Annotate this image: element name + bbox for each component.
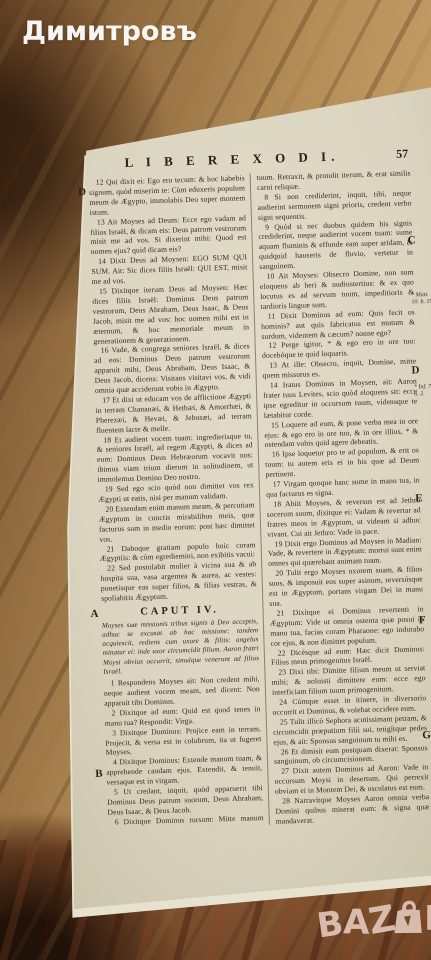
verse-paragraph: 19 Dixit ergo Dominus ad Moysen in Madia… [267, 535, 422, 569]
verse-paragraph: 20 Extendam enim manum meam, & percutiam… [98, 500, 255, 544]
verse-paragraph: 8 Si non crediderint, inquit, tibi, nequ… [257, 188, 412, 222]
right-column: tuum. Retraxit, & protulit iterum, & era… [250, 168, 430, 824]
logo-letter: R [424, 902, 431, 936]
margin-letter: C [407, 234, 415, 246]
verse-paragraph: 1 Respondens Moyses ait: Non credent mih… [104, 674, 261, 708]
shopping-bag-icon [391, 897, 427, 939]
bazar-logo: B A Z R [316, 896, 431, 943]
verse-paragraph: 15 Loquere ad eum, & pone verba mea in o… [264, 416, 419, 450]
verse-paragraph: 16 Vade, & congrega seniores Israël, & d… [94, 342, 251, 396]
verse-paragraph: 16 Ipse loquetur pro te ad populum, & er… [265, 446, 420, 480]
margin-note-line: * Inf. 7. [414, 384, 431, 391]
verse-paragraph: 12 Qui dixit ei: Ego ero tecum: & hoc ha… [89, 173, 246, 217]
verse-paragraph: 13 Ait Moyses ad Deum: Ecce ego vadam ad… [90, 213, 247, 257]
verse-paragraph: 21 Dixítque ei Dominus revertenti in Ægy… [270, 604, 425, 648]
page-number: 57 [396, 147, 408, 162]
verse-paragraph: 18 Abiit Moyses, & reversus est ad Jethr… [266, 495, 421, 539]
verse-paragraph: CAPUT IV. [101, 604, 257, 619]
margin-letter: D [411, 364, 419, 376]
verse-paragraph: 9 Quòd si nec duobus quidem his signis c… [258, 218, 413, 272]
margin-note: * Inf. 7. a. 2. [414, 383, 431, 398]
verse-paragraph: 18 Et audient vocem tuam: ingredierisque… [96, 431, 253, 485]
margin-letter: E [415, 492, 423, 504]
seller-watermark: Димитровъ [22, 16, 197, 47]
text-columns: 12 Qui dixit ei: Ego ero tecum: & hoc ha… [89, 168, 430, 829]
verse-paragraph: 14 Dixit Deus ad Moysen: EGO SUM QUI SUM… [91, 253, 248, 287]
margin-note-line: a. 2. [414, 391, 425, 397]
margin-letter: D [78, 186, 86, 198]
verse-paragraph: 25 Tulit illicò Sephora acutissimam petr… [273, 713, 428, 747]
verse-paragraph: 27 Dixit autem Dominus ad Aaron: Vade in… [274, 763, 429, 797]
logo-letter: A [343, 905, 370, 939]
logo-letter: B [315, 906, 345, 943]
verse-paragraph: 11 Dixit Dominus ad eum: Quis fecit os h… [261, 307, 416, 341]
margin-letter: A [90, 608, 98, 620]
margin-letter: G [422, 729, 431, 741]
margin-letter: B [95, 768, 103, 780]
verse-paragraph: 20 Tulit ergo Moyses uxorem suam, & fili… [268, 565, 423, 609]
verse-paragraph: 3 Dixitque Dominus: Projice eam in terra… [105, 724, 262, 758]
verse-paragraph: 10 Ait Moyses: Obsecro Domine, non sum e… [260, 267, 415, 311]
verse-paragraph: 22 Sed postulabit mulier à vicina sua & … [100, 560, 257, 604]
printed-page-content: L I B E R E X O D I. 57 12 Qui dixit ei:… [88, 146, 430, 829]
margin-note: * Matt. 10. b. 19. [411, 291, 431, 306]
margin-letter: F [419, 614, 426, 626]
verse-paragraph: 15 Dixitque iterum Deus ad Moysen: Hæc d… [92, 282, 250, 346]
margin-note-line: * Matt. [411, 292, 429, 299]
margin-note-line: 10. b. 19. [411, 299, 431, 306]
verse-paragraph: 17 Et dixi ut educam vos de afflictione … [95, 391, 252, 435]
verse-paragraph: 5 Ut credant, inquit, quòd apparuerit ti… [107, 783, 264, 817]
verse-paragraph: 23 Dixi tibi: Dimitte filium meum ut ser… [271, 664, 426, 698]
verse-paragraph: 14 Iratus Dominus in Moysen, ait: Aaron … [263, 376, 418, 420]
verse-paragraph: Moyses suæ missionis tribus signis à Deo… [102, 617, 260, 677]
verse-paragraph: 4 Dixitque Dominus: Extende manum tuam, … [106, 753, 263, 787]
left-column: 12 Qui dixit ei: Ego ero tecum: & hoc ha… [89, 173, 269, 829]
